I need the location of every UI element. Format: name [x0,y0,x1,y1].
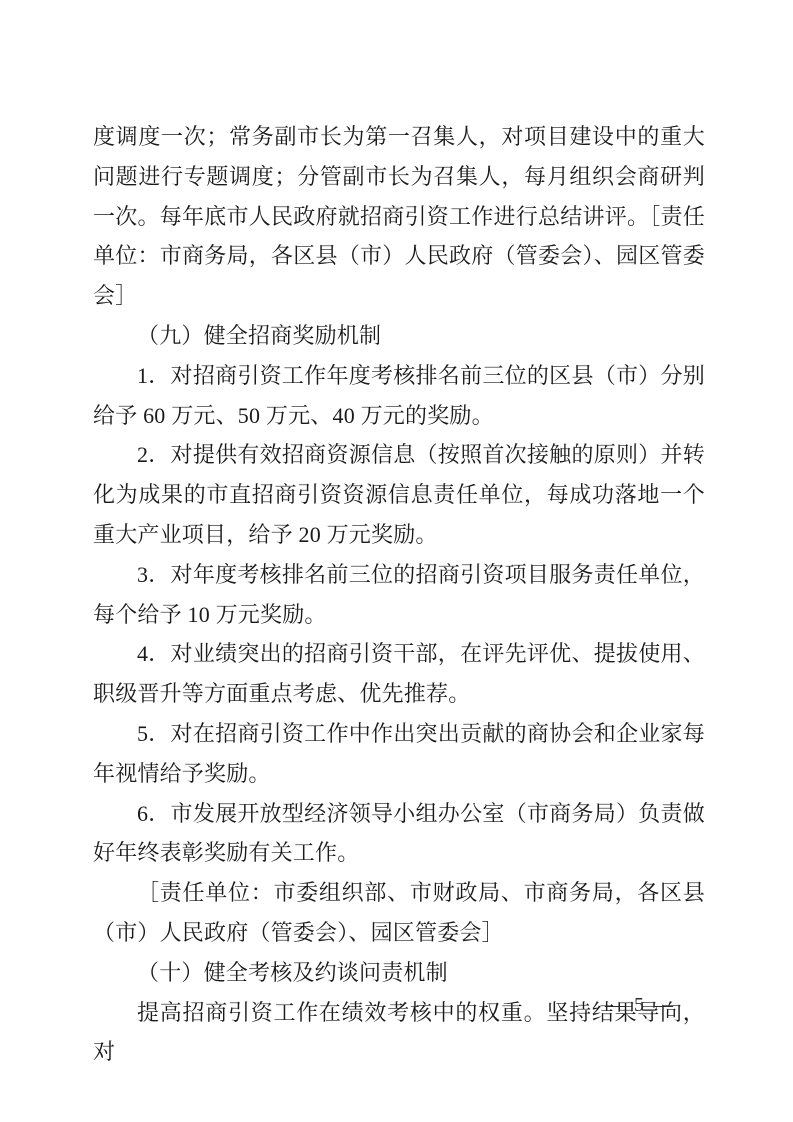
paragraph-continuation: 度调度一次；常务副市长为第一召集人，对项目建设中的重大问题进行专题调度；分管副市… [93,117,705,316]
section-heading-10: （十）健全考核及约谈问责机制 [93,953,705,993]
paragraph-item-4: 4．对业绩突出的招商引资干部，在评先评优、提拔使用、职级晋升等方面重点考虑、优先… [93,634,705,714]
paragraph-item-2: 2．对提供有效招商资源信息（按照首次接触的原则）并转化为成果的市直招商引资资源信… [93,435,705,554]
paragraph-responsibility-units: ［责任单位：市委组织部、市财政局、市商务局，各区县（市）人民政府（管委会）、园区… [93,873,705,953]
document-body: 度调度一次；常务副市长为第一召集人，对项目建设中的重大问题进行专题调度；分管副市… [93,117,705,1072]
section-heading-9: （九）健全招商奖励机制 [93,316,705,356]
paragraph-item-5: 5．对在招商引资工作中作出突出贡献的商协会和企业家每年视情给予奖励。 [93,714,705,794]
document-page: 度调度一次；常务副市长为第一召集人，对项目建设中的重大问题进行专题调度；分管副市… [0,0,793,1122]
paragraph-item-1: 1．对招商引资工作年度考核排名前三位的区县（市）分别给予 60 万元、50 万元… [93,356,705,436]
paragraph-item-6: 6．市发展开放型经济领导小组办公室（市商务局）负责做好年终表彰奖励有关工作。 [93,794,705,874]
page-number: — 5 — [605,994,675,1017]
paragraph-item-3: 3．对年度考核排名前三位的招商引资项目服务责任单位，每个给予 10 万元奖励。 [93,555,705,635]
